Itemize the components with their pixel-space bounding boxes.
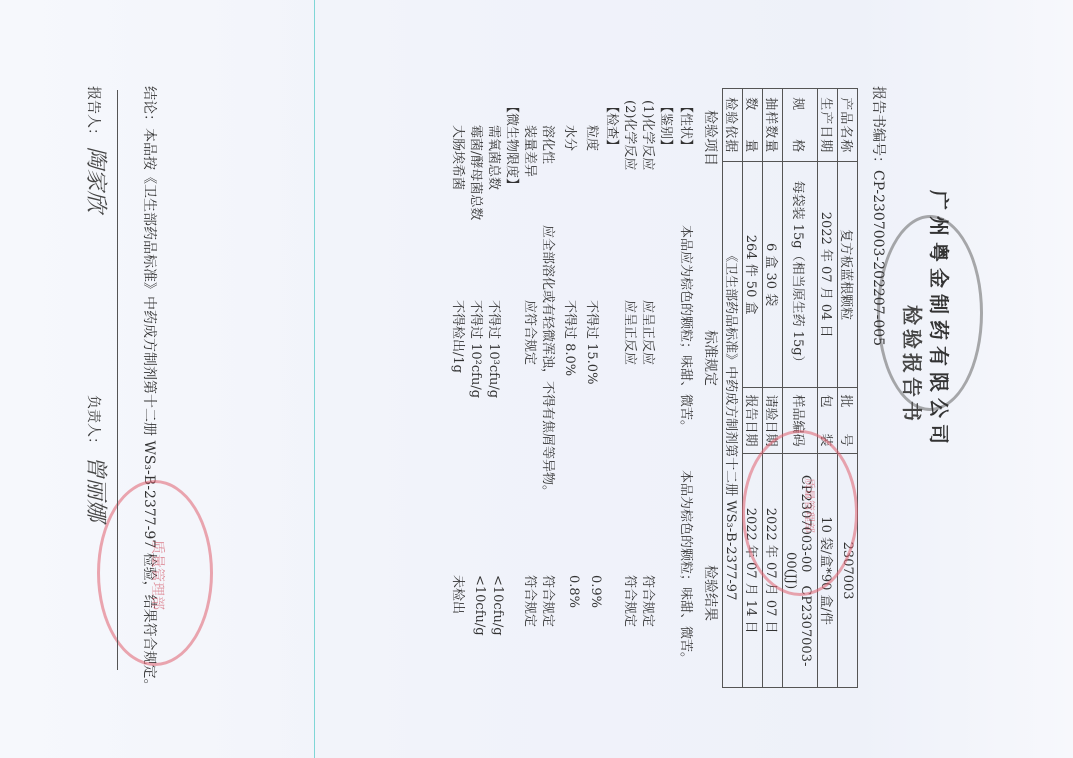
result-standard: 应符合规定 bbox=[522, 300, 541, 365]
reporter-label: 报告人： bbox=[85, 86, 101, 142]
report-number: 报告书编号：CP-2307003-202207-005 bbox=[869, 86, 889, 346]
result-standard: 应呈正反应 bbox=[622, 300, 641, 365]
basis-value: 《卫生部药品标准》中药成方制剂第十二册 WS₃-B-2377-97 bbox=[723, 162, 743, 688]
result-item: 【性状】 bbox=[678, 100, 697, 152]
result-item: 水分 bbox=[562, 125, 581, 151]
result-item: 需氧菌总数 bbox=[486, 125, 505, 190]
info-label2: 批 号 bbox=[838, 387, 858, 453]
info-label: 数 量 bbox=[743, 89, 763, 162]
quality-stamp-table bbox=[742, 430, 858, 596]
result-result: 0.9% bbox=[588, 575, 603, 608]
result-standard: 不得过 15.0% bbox=[584, 300, 603, 384]
report-number-label: 报告书编号： bbox=[870, 86, 886, 170]
result-item: 粒度 bbox=[584, 125, 603, 151]
result-result: <10cfu/g bbox=[490, 575, 505, 636]
info-row: 数 量264 件 50 盒报告日期2022 年 07 月 14 日 bbox=[743, 89, 763, 688]
result-item: 溶化性 bbox=[540, 125, 559, 164]
responsible-person: 负责人： 曾丽娜 bbox=[82, 395, 113, 521]
info-value: 264 件 50 盒 bbox=[743, 162, 763, 387]
info-row: 抽样数量6 盒 30 袋请验日期2022 年 07 月 07 日 bbox=[763, 89, 783, 688]
report-number-value: CP-2307003-202207-005 bbox=[870, 170, 886, 346]
signature-divider bbox=[117, 90, 118, 670]
info-label: 产品名称 bbox=[838, 89, 858, 162]
result-standard: 不得过 10³cfu/g bbox=[486, 300, 505, 398]
product-info-table: 产品名称复方板蓝根颗粒批 号2307003生产日期2022 年 07 月 04 … bbox=[722, 88, 858, 688]
result-standard: 不得过 8.0% bbox=[562, 300, 581, 376]
result-standard: 应呈正反应 bbox=[640, 300, 659, 365]
result-result: <10cfu/g bbox=[472, 575, 487, 636]
info-value: 每袋装 15g（相当原生药 15g） bbox=[783, 162, 818, 387]
company-name: 广州粤金制药有限公司 bbox=[926, 190, 955, 450]
result-standard: 不得过 10²cfu/g bbox=[468, 300, 487, 398]
result-item: 装量差异 bbox=[522, 125, 541, 177]
result-item: 【检查】 bbox=[604, 100, 623, 152]
result-result: 未检出 bbox=[450, 575, 469, 614]
header-standard: 标准规定 bbox=[701, 330, 721, 386]
result-item: 【微生物限度】 bbox=[504, 100, 523, 191]
reporter-signature: 陶家欣 bbox=[83, 146, 108, 212]
result-item: (2)化学反应 bbox=[622, 100, 641, 170]
info-label: 抽样数量 bbox=[763, 89, 783, 162]
header-item: 检验项目 bbox=[701, 110, 721, 166]
info-row: 生产日期2022 年 07 月 04 日包 装10 袋/盒*90 盒/件 bbox=[818, 89, 838, 688]
responsible-label: 负责人： bbox=[85, 395, 101, 451]
info-label2: 报告日期 bbox=[743, 387, 763, 453]
info-value: 复方板蓝根颗粒 bbox=[838, 162, 858, 387]
basis-label: 检验依据 bbox=[723, 89, 743, 162]
result-item: 【鉴别】 bbox=[658, 100, 677, 152]
result-result: 符合规定 bbox=[522, 575, 541, 627]
result-item: 大肠埃希菌 bbox=[450, 125, 469, 190]
info-row: 产品名称复方板蓝根颗粒批 号2307003 bbox=[838, 89, 858, 688]
stamp-text: 质量管理部 bbox=[148, 540, 168, 610]
info-row: 规 格每袋装 15g（相当原生药 15g）样品编码CP2307003-00 CP… bbox=[783, 89, 818, 688]
inspection-report-page: 广州粤金制药有限公司 检验报告书 报告书编号：CP-2307003-202207… bbox=[0, 0, 1073, 758]
result-item: 霉菌/酵母菌总数 bbox=[468, 125, 487, 220]
info-label: 生产日期 bbox=[818, 89, 838, 162]
result-result: 符合规定 bbox=[640, 575, 659, 627]
result-result: 符合规定 bbox=[540, 575, 559, 627]
header-result: 检验结果 bbox=[701, 565, 721, 621]
document-title: 检验报告书 bbox=[899, 305, 928, 425]
result-standard: 应全部溶化或有轻微浑浊，不得有焦屑等异物。 bbox=[540, 225, 559, 498]
responsible-signature: 曾丽娜 bbox=[83, 455, 108, 521]
result-result: 本品为棕色的颗粒；味甜、微苦。 bbox=[678, 470, 697, 665]
info-label: 规 格 bbox=[783, 89, 818, 162]
info-value: 6 盒 30 袋 bbox=[763, 162, 783, 387]
result-standard: 本品应为棕色的颗粒；味甜、微苦。 bbox=[678, 225, 697, 433]
result-result: 0.8% bbox=[566, 575, 581, 608]
info-value: 2022 年 07 月 04 日 bbox=[818, 162, 838, 387]
result-result: 符合规定 bbox=[622, 575, 641, 627]
result-standard: 不得检出/1g bbox=[450, 300, 469, 373]
stamp-text: 质量管理部 bbox=[802, 478, 818, 533]
info-row-basis: 检验依据《卫生部药品标准》中药成方制剂第十二册 WS₃-B-2377-97 bbox=[723, 89, 743, 688]
result-item: (1)化学反应 bbox=[640, 100, 659, 170]
reporter: 报告人： 陶家欣 bbox=[82, 86, 113, 212]
